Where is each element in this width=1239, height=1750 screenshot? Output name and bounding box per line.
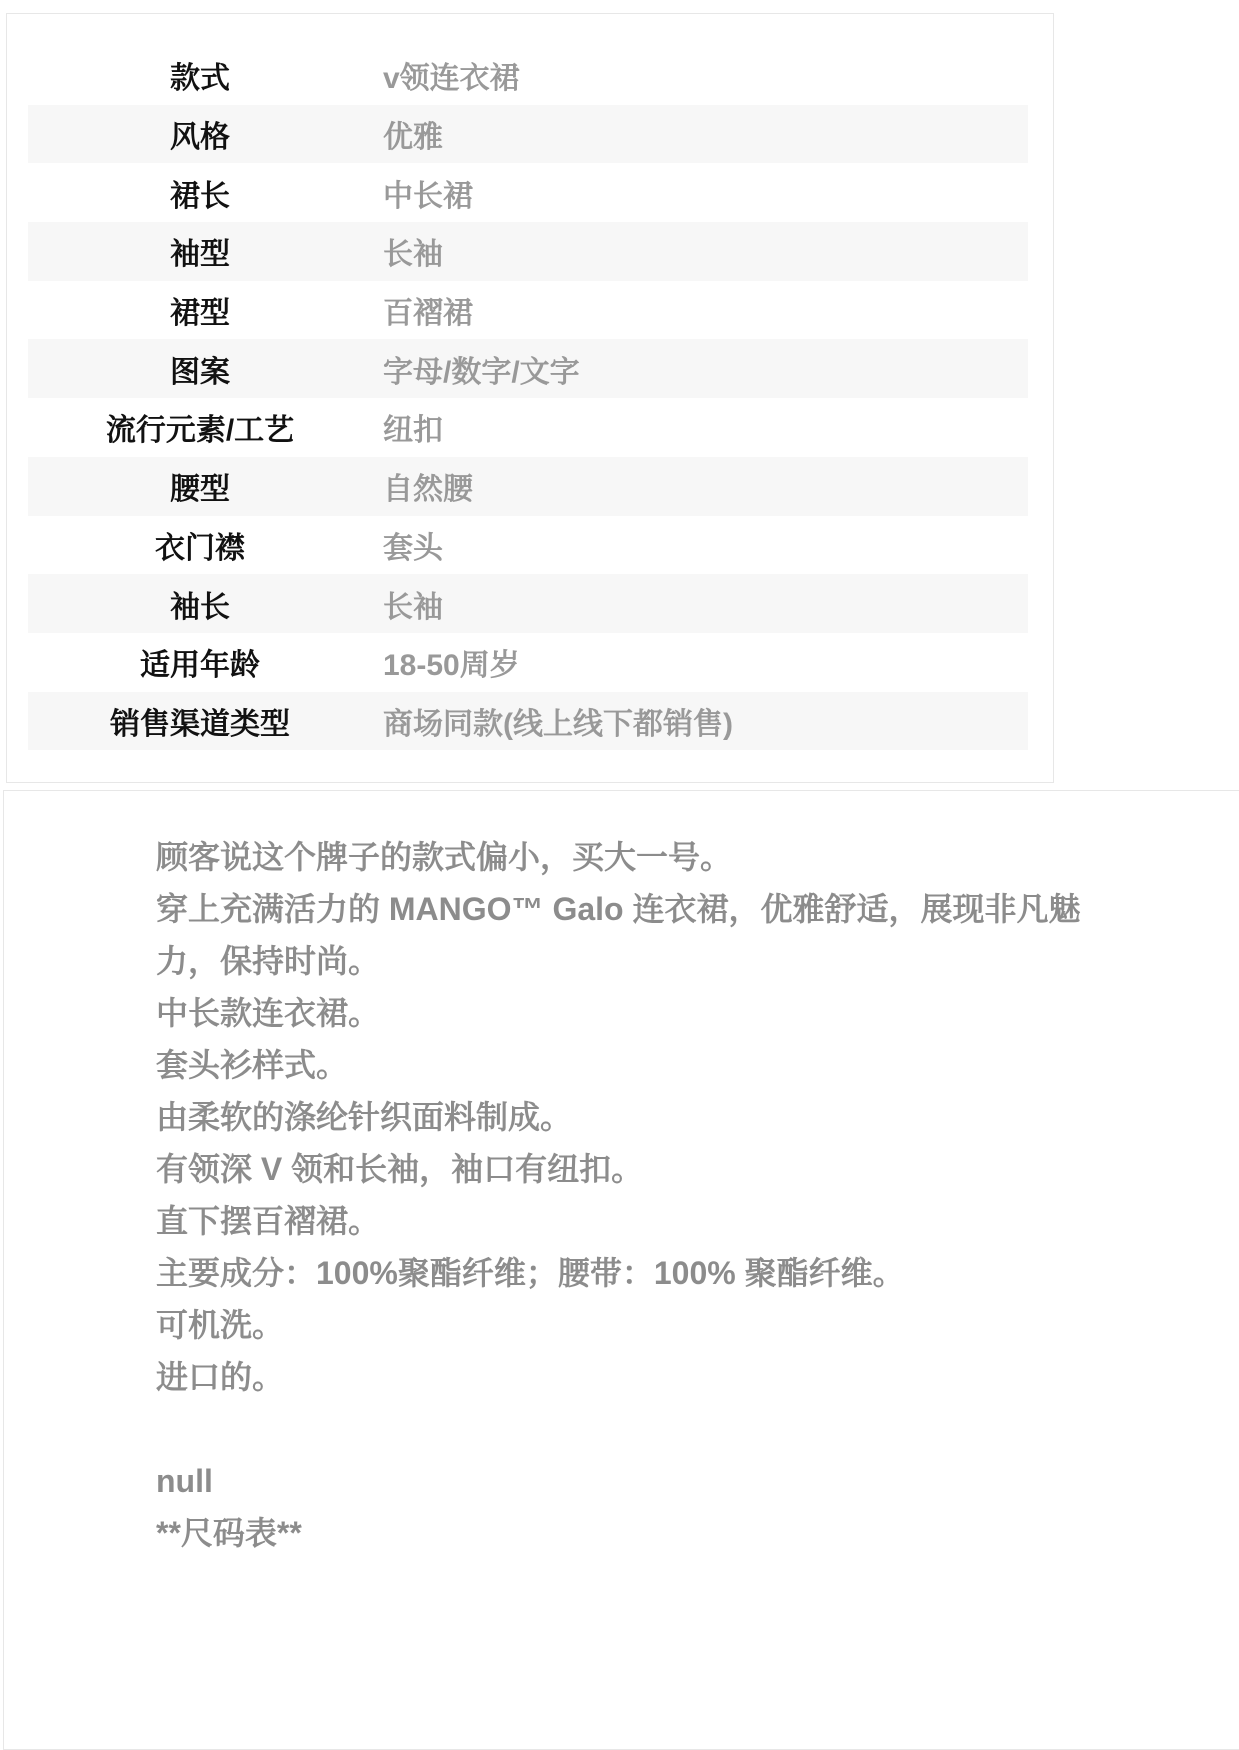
spec-value: 百褶裙 bbox=[372, 288, 1028, 332]
spec-label: 风格 bbox=[28, 112, 372, 156]
spec-row-waist-type: 腰型 自然腰 bbox=[28, 457, 1028, 516]
spec-value: 优雅 bbox=[372, 112, 1028, 156]
description-line: 力，保持时尚。 bbox=[156, 935, 1239, 987]
spec-value: 自然腰 bbox=[372, 464, 1028, 508]
spec-row-sleeve-length: 袖长 长袖 bbox=[28, 574, 1028, 633]
spec-value: 套头 bbox=[372, 523, 1028, 567]
description-line: 由柔软的涤纶针织面料制成。 bbox=[156, 1091, 1239, 1143]
description-blank-line bbox=[156, 1403, 1239, 1455]
spec-label: 流行元素/工艺 bbox=[28, 405, 372, 449]
description-line: 直下摆百褶裙。 bbox=[156, 1195, 1239, 1247]
spec-value: 字母/数字/文字 bbox=[372, 347, 1028, 391]
spec-row-style: 款式 v领连衣裙 bbox=[28, 46, 1028, 105]
spec-value: 长袖 bbox=[372, 582, 1028, 626]
description-line: 可机洗。 bbox=[156, 1299, 1239, 1351]
spec-row-pattern: 图案 字母/数字/文字 bbox=[28, 339, 1028, 398]
spec-label: 裙型 bbox=[28, 288, 372, 332]
spec-value: 长袖 bbox=[372, 229, 1028, 273]
description-line: 穿上充满活力的 MANGO™ Galo 连衣裙，优雅舒适，展现非凡魅 bbox=[156, 883, 1239, 935]
spec-row-fashion-style: 风格 优雅 bbox=[28, 105, 1028, 164]
spec-label: 图案 bbox=[28, 347, 372, 391]
spec-label: 款式 bbox=[28, 53, 372, 97]
spec-label: 销售渠道类型 bbox=[28, 699, 372, 743]
spec-row-sales-channel: 销售渠道类型 商场同款(线上线下都销售) bbox=[28, 692, 1028, 751]
spec-label: 衣门襟 bbox=[28, 523, 372, 567]
spec-label: 袖型 bbox=[28, 229, 372, 273]
spec-value: v领连衣裙 bbox=[372, 53, 1028, 97]
spec-row-trend-element: 流行元素/工艺 纽扣 bbox=[28, 398, 1028, 457]
spec-value: 商场同款(线上线下都销售) bbox=[372, 699, 1028, 743]
description-line: 主要成分：100%聚酯纤维；腰带：100% 聚酯纤维。 bbox=[156, 1247, 1239, 1299]
description-line: 中长款连衣裙。 bbox=[156, 987, 1239, 1039]
product-description-card: 顾客说这个牌子的款式偏小，买大一号。 穿上充满活力的 MANGO™ Galo 连… bbox=[3, 790, 1239, 1546]
description-line-size-chart-heading: **尺码表** bbox=[156, 1507, 1239, 1546]
description-line-null: null bbox=[156, 1455, 1239, 1507]
spec-row-placket: 衣门襟 套头 bbox=[28, 516, 1028, 575]
spec-row-skirt-length: 裙长 中长裙 bbox=[28, 163, 1028, 222]
spec-row-age-range: 适用年龄 18-50周岁 bbox=[28, 633, 1028, 692]
description-line: 有领深 V 领和长袖，袖口有纽扣。 bbox=[156, 1143, 1239, 1195]
description-line: 套头衫样式。 bbox=[156, 1039, 1239, 1091]
spec-value: 18-50周岁 bbox=[372, 640, 1028, 684]
product-spec-card: 款式 v领连衣裙 风格 优雅 裙长 中长裙 袖型 长袖 裙型 百褶裙 图案 字母… bbox=[6, 13, 1054, 783]
spec-label: 腰型 bbox=[28, 464, 372, 508]
description-line: 顾客说这个牌子的款式偏小，买大一号。 bbox=[156, 831, 1239, 883]
spec-label: 裙长 bbox=[28, 171, 372, 215]
spec-row-sleeve-type: 袖型 长袖 bbox=[28, 222, 1028, 281]
spec-value: 中长裙 bbox=[372, 171, 1028, 215]
spec-label: 袖长 bbox=[28, 582, 372, 626]
spec-row-skirt-type: 裙型 百褶裙 bbox=[28, 281, 1028, 340]
spec-label: 适用年龄 bbox=[28, 640, 372, 684]
description-line: 进口的。 bbox=[156, 1351, 1239, 1403]
spec-value: 纽扣 bbox=[372, 405, 1028, 449]
